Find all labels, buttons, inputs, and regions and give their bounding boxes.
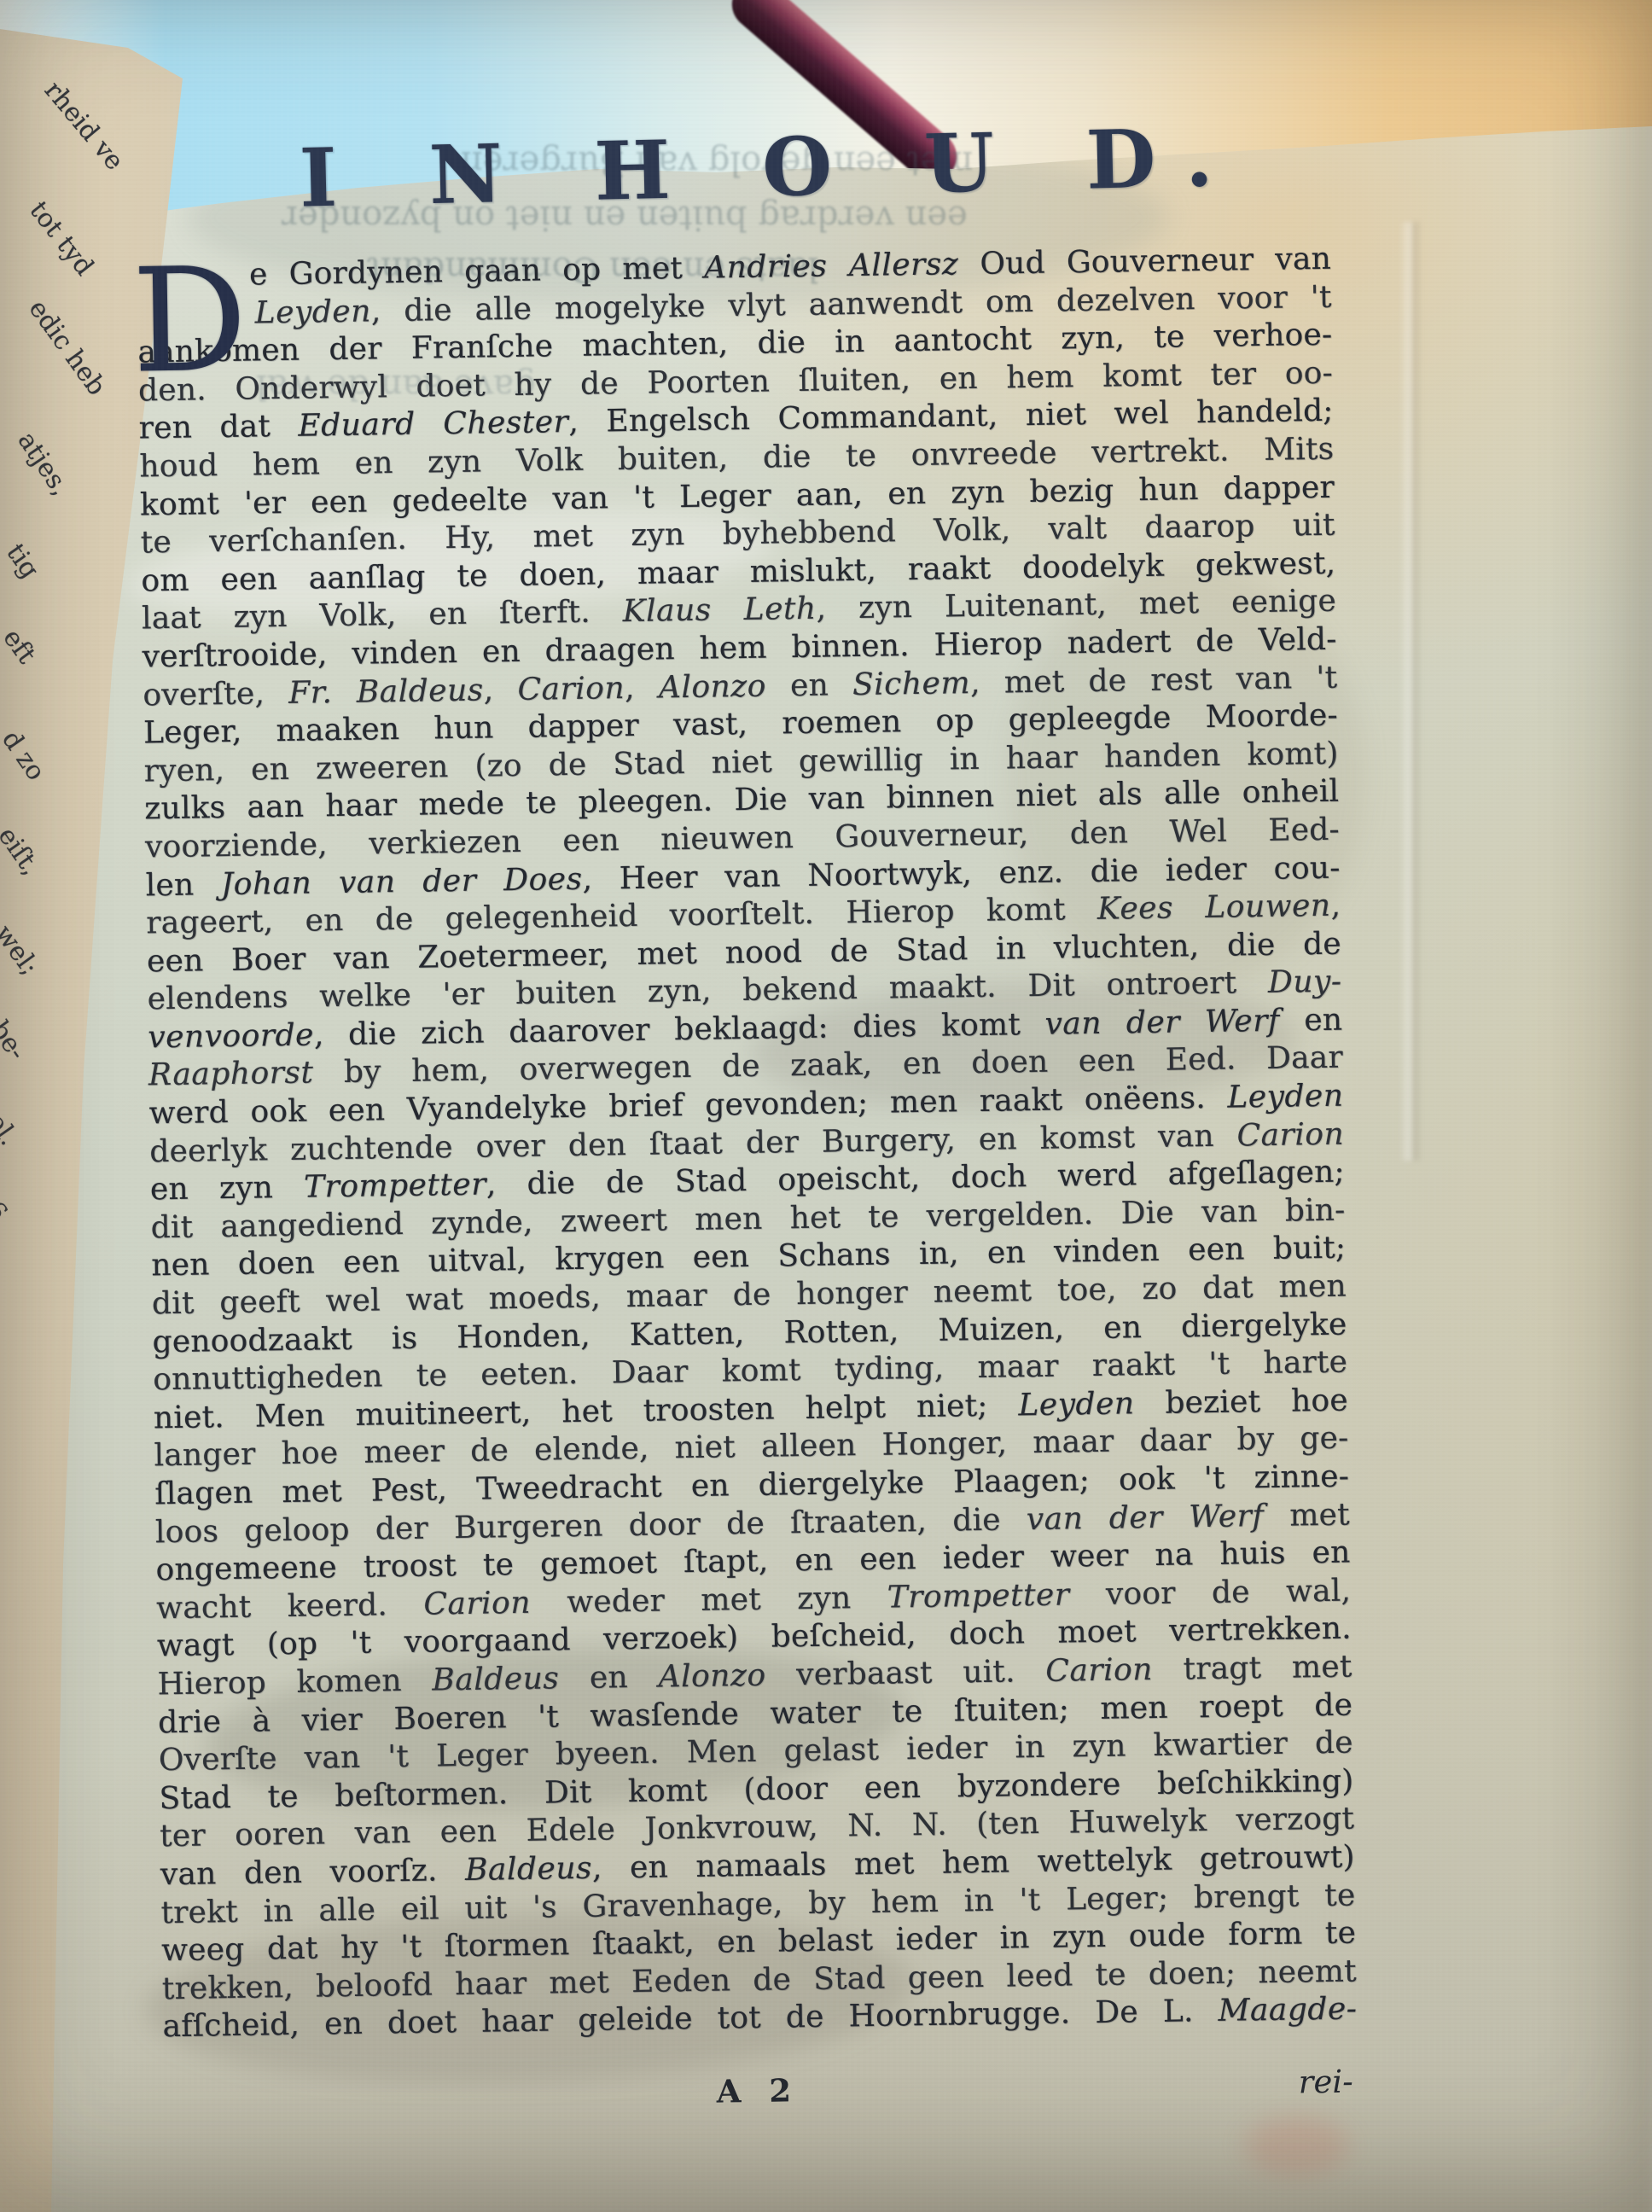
facing-page-text-fragment: eft bbox=[0, 624, 42, 670]
facing-page-text-fragment: d zo bbox=[0, 725, 51, 786]
facing-page-text-fragment: tig bbox=[0, 538, 44, 585]
body-text: D e Gordynen gaan op met Andries Allersz… bbox=[137, 241, 1358, 2132]
facing-page-text-fragment: 6 bbox=[0, 1196, 13, 1226]
paper-crease bbox=[1399, 222, 1422, 1161]
facing-page-text-fragment: atjes, bbox=[12, 427, 76, 502]
facing-page-text-fragment: ol. bbox=[0, 1108, 24, 1151]
paragraph: e Gordynen gaan op met Andries Allersz O… bbox=[137, 241, 1358, 2046]
facing-page-text-fragment: wel; bbox=[0, 920, 44, 981]
book-page-photo: rheid vetot tydedic hebatjes,tigeftd zoe… bbox=[0, 0, 1652, 2212]
facing-page-text-fragment: be- bbox=[0, 1016, 32, 1066]
facing-page-text-fragment: edic heb bbox=[22, 294, 111, 401]
catchword: rei- bbox=[1298, 2063, 1353, 2100]
facing-page-text-fragment: rheid ve bbox=[38, 76, 130, 177]
signature-mark: A 2 bbox=[716, 2071, 800, 2110]
facing-page-text-fragment: eiſt, bbox=[0, 822, 46, 881]
facing-page-text-fragment: tot tyd bbox=[23, 195, 99, 281]
paper-stain bbox=[1246, 2116, 1348, 2176]
